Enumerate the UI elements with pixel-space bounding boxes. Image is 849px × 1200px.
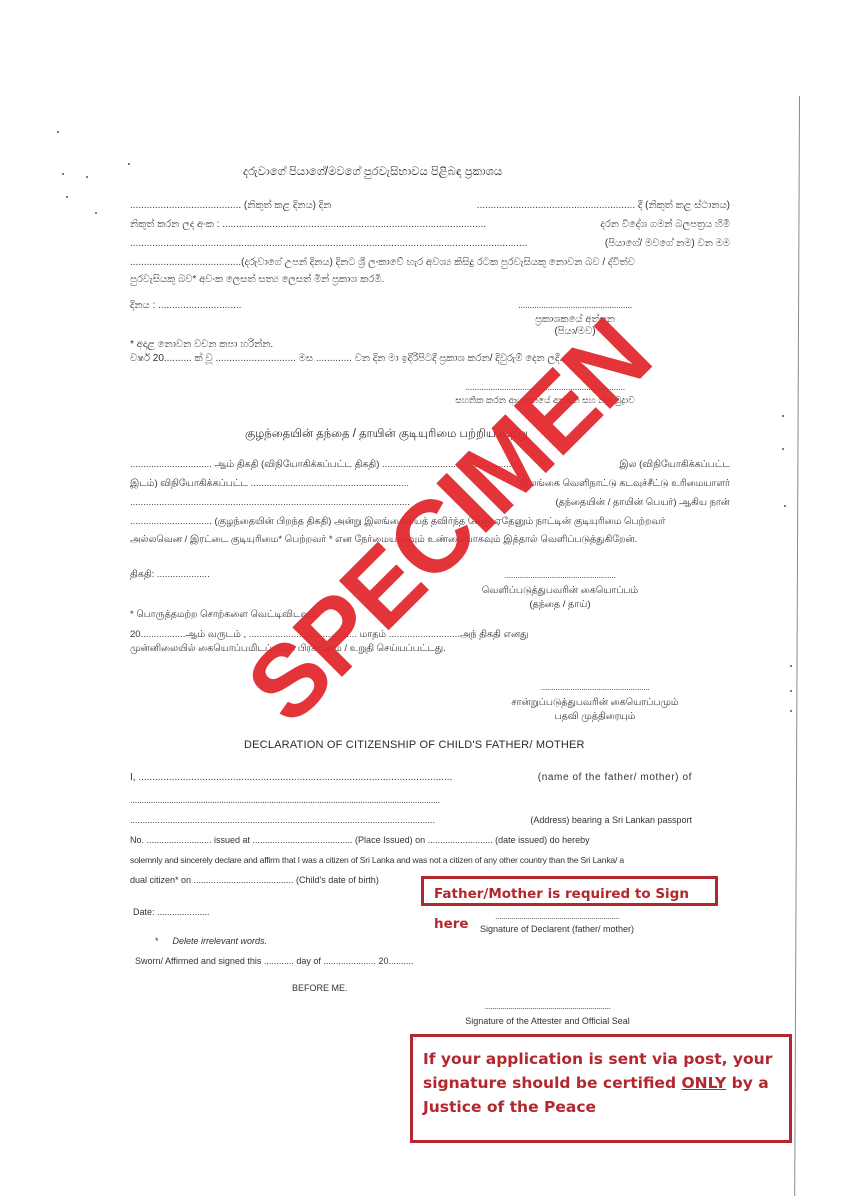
tamil-date-field: திகதி: .................... xyxy=(130,569,210,581)
only-emphasis: ONLY xyxy=(681,1074,726,1092)
sinhala-line-2: නිකුත් කරන ලද අංක : ....................… xyxy=(130,219,730,231)
scan-speck xyxy=(66,196,68,198)
sinhala-sworn-line: වර්ෂ 20.......... ක් වූ ................… xyxy=(130,353,562,365)
english-sworn-line: Sworn/ Affirmed and signed this ........… xyxy=(135,955,413,967)
post-notice-callout: If your application is sent via post, yo… xyxy=(410,1034,792,1143)
scan-speck xyxy=(790,665,792,667)
tamil-declarant-signature-line: ........................................… xyxy=(470,570,650,611)
english-affirmation-line: solemnly and sincerely declare and affir… xyxy=(130,854,695,866)
scan-speck xyxy=(128,163,130,165)
sinhala-line-5: පුරවැසියකු බව* අවංක ලෙසත් සත්‍ය ලෙසත් මි… xyxy=(130,274,384,286)
tamil-attester-signature-line: ........................................… xyxy=(500,682,690,723)
scan-speck xyxy=(790,690,792,692)
scan-speck xyxy=(790,710,792,712)
english-before-me: BEFORE ME. xyxy=(292,982,348,994)
sign-here-callout: Father/Mother is required to Sign here xyxy=(421,876,718,906)
sinhala-line-4: ........................................… xyxy=(130,257,730,269)
english-attester-signature-line: ........................................… xyxy=(455,1000,640,1027)
sinhala-line-3: ........................................… xyxy=(130,238,730,250)
scan-speck xyxy=(95,212,97,214)
english-date-field: Date: ..................... xyxy=(133,906,210,918)
english-passport-line: No. .......................... issued at… xyxy=(130,834,692,846)
page-edge-line xyxy=(794,96,800,1196)
sinhala-footnote: * අදාළ නොවන වචන කපා හරින්න. xyxy=(130,339,273,351)
sinhala-title: දරුවාගේ පියාගේ/මවගේ පුරවැසිභාවය පිළිබඳ ප… xyxy=(243,166,502,179)
sinhala-line-1: ........................................… xyxy=(130,200,730,212)
scan-speck xyxy=(57,131,59,133)
english-footnote: *Delete irrelevant words. xyxy=(155,935,267,947)
scan-speck xyxy=(62,173,64,175)
english-address-line-2: ........................................… xyxy=(130,814,692,826)
scan-speck xyxy=(782,415,784,417)
english-address-line-1: ........................................… xyxy=(130,795,440,807)
scan-speck xyxy=(782,448,784,450)
scan-speck xyxy=(86,176,88,178)
english-declarant-signature-line: ........................................… xyxy=(462,910,652,935)
scan-speck xyxy=(784,505,786,507)
english-name-line: I, .....................................… xyxy=(130,772,692,784)
english-title: DECLARATION OF CITIZENSHIP OF CHILD'S FA… xyxy=(244,739,585,751)
sinhala-date-field: දිනය : .............................. xyxy=(130,300,241,312)
english-dob-line: dual citizen* on .......................… xyxy=(130,874,379,886)
